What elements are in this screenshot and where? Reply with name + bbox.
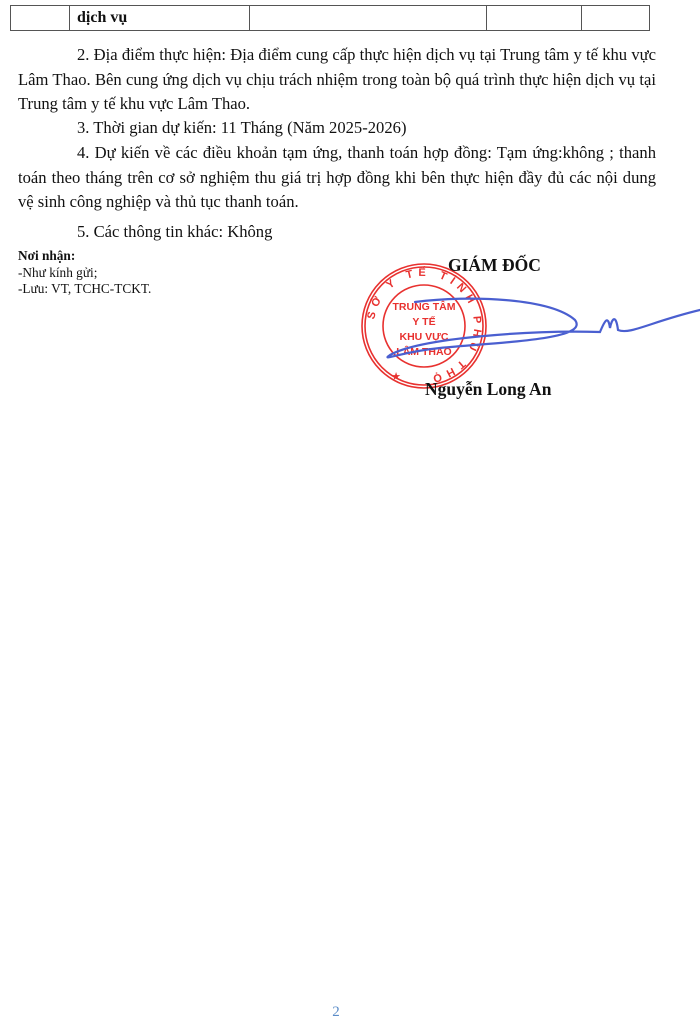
table-cell [487, 6, 582, 31]
recipient-item: -Như kính gửi; [18, 265, 151, 282]
payment-terms-paragraph: 4. Dự kiến về các điều khoản tạm ứng, th… [18, 141, 656, 215]
table-cell-service: dịch vụ [70, 6, 250, 31]
page-number: 2 [0, 1004, 672, 1021]
recipient-item: -Lưu: VT, TCHC-TCKT. [18, 281, 151, 298]
recipients-heading: Nơi nhận: [18, 248, 151, 265]
recipients-block: Nơi nhận: -Như kính gửi; -Lưu: VT, TCHC-… [18, 248, 151, 298]
other-info-paragraph: 5. Các thông tin khác: Không [18, 220, 656, 245]
location-paragraph: 2. Địa điểm thực hiện: Địa điểm cung cấp… [18, 43, 656, 117]
duration-paragraph: 3. Thời gian dự kiến: 11 Tháng (Năm 2025… [18, 116, 656, 141]
signature-icon [380, 280, 700, 370]
signer-title: GIÁM ĐỐC [448, 255, 541, 276]
table-cell [582, 6, 650, 31]
table-row: dịch vụ [11, 6, 650, 31]
table-cell [250, 6, 487, 31]
svg-text:★: ★ [391, 371, 401, 383]
table-cell [11, 6, 70, 31]
services-table-row: dịch vụ [10, 5, 650, 31]
signer-name: Nguyễn Long An [425, 379, 551, 400]
